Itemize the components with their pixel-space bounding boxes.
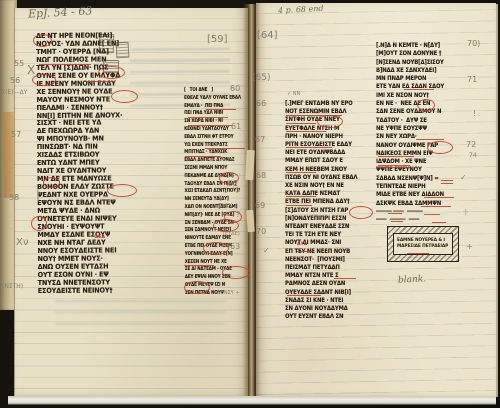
colophon-line-2: ΜΔΡΕΣΙΔΕ ΠΕΤΡΔΕΙΔΡ [397, 244, 452, 250]
bottom-page-edges [8, 396, 496, 405]
right-page-column-1: [.]ΜΕΓ ΕΝΤΔΜΒ ΝΥ ΕΡΟ ΝΟΤ ΕΣΕΝΩΜΙΝ ΕΒΔΛ Σ… [285, 100, 357, 321]
left-page-column-2: [ ΤΟΙ ΔΝΕ ] ΕΘΕΛΕ ΥΔΛΥ ΟΥΛΝΣ ΕΒΔΛ ΕΜΔΥΔ … [184, 87, 242, 298]
show-through-text [55, 300, 225, 326]
torn-paper-edge [245, 150, 255, 180]
center-gutter [243, 4, 260, 398]
colophon-inner-frame: ΕΔΜΝΕ ΝΟΥΕΡΕΔ & Ι ΜΔΡΕΣΙΔΕ ΠΕΤΡΔΕΙΔΡ [393, 233, 453, 255]
right-page-column-2: [.Ν]Δ Ν ΚΕΜΤΕ · Ν[ΔΥ] [Μ]ΟΥΤ ΣΟΝ ΔΟΝΥΝΕ … [376, 42, 444, 225]
torn-paper-edge [246, 210, 255, 232]
manuscript-photo: ΔΕ ΝΤ ΗΡΕ ΝΕΟΝ[ΕΑΙ] ΝΟΥΟΣ· ΥΔΝ ΔΩΝΕ[ ΕΝ]… [0, 0, 500, 408]
left-page-column-1: ΔΕ ΝΤ ΗΡΕ ΝΕΟΝ[ΕΑΙ] ΝΟΥΟΣ· ΥΔΝ ΔΩΝΕ[ ΕΝ]… [36, 32, 123, 295]
colophon-frame: ΕΔΜΝΕ ΝΟΥΕΡΕΔ & Ι ΜΔΡΕΣΙΔΕ ΠΕΤΡΔΕΙΔΡ [387, 226, 459, 262]
